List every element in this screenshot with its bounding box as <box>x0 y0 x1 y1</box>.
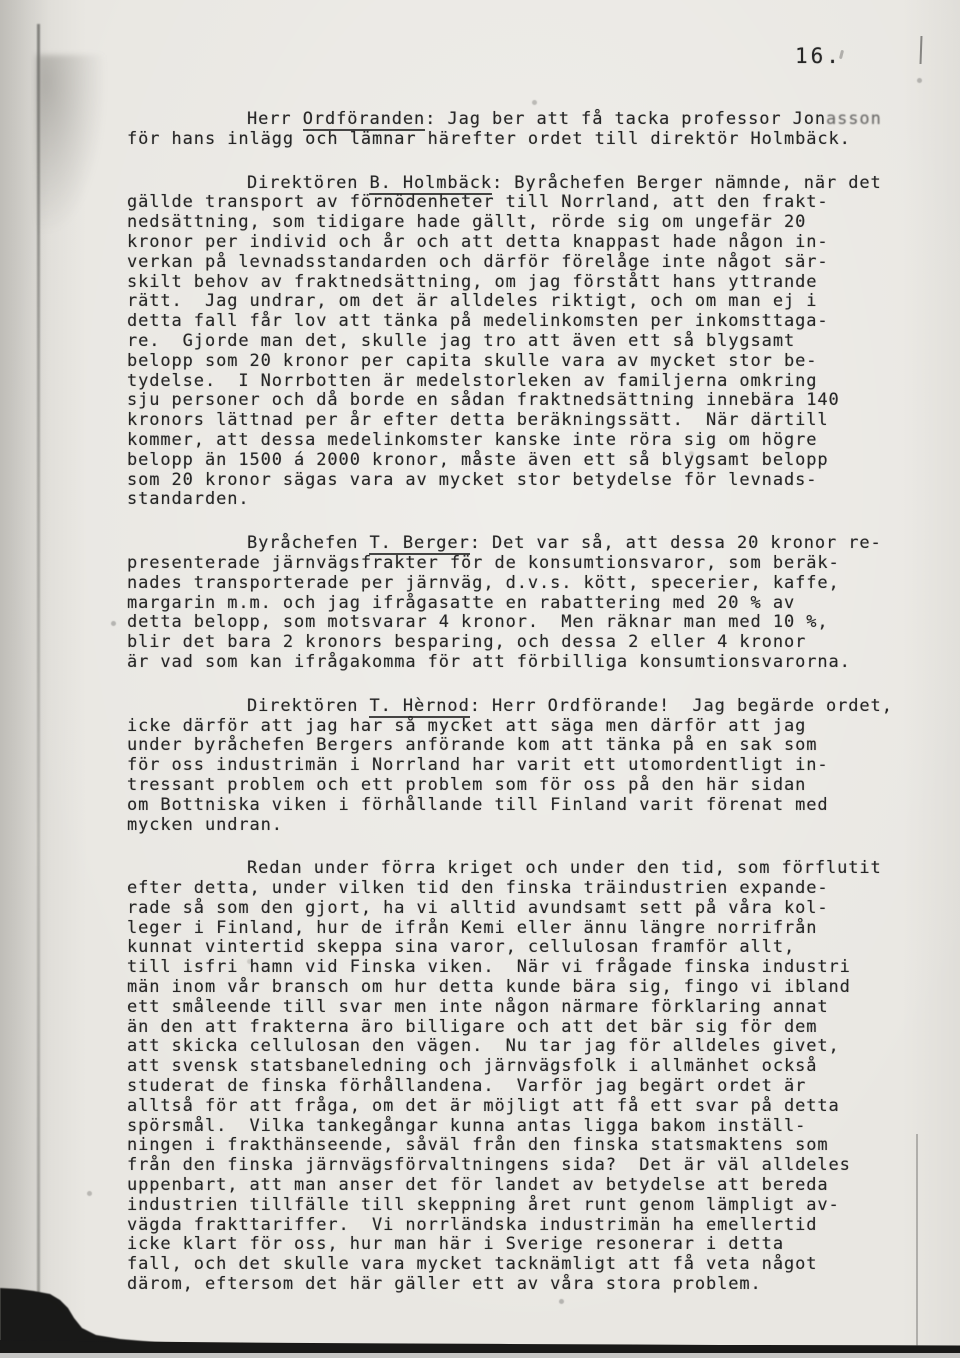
speaker-name: T. Berger <box>369 533 469 555</box>
speech-opening-text: : Herr Ordförande! Jag begärde ordet, <box>470 696 893 716</box>
scan-shadow-line <box>37 24 40 1348</box>
scan-shadow-band <box>0 0 52 1358</box>
speech-opening-line: Direktören B. Holmbäck: Byråchefen Berge… <box>127 174 936 194</box>
speech-text: gällde transport av förnödenheter till N… <box>127 193 936 510</box>
speech-paragraph-berger: Byråchefen T. Berger: Det var så, att de… <box>127 534 936 673</box>
speech-opening-text: Redan under förra kriget och under den t… <box>247 858 882 878</box>
scan-mark-icon <box>839 50 844 59</box>
speaker-prefix: Direktören <box>247 173 369 193</box>
speech-text: efter detta, under vilken tid den finska… <box>127 879 936 1295</box>
speaker-name: Ordföranden <box>303 109 425 131</box>
speech-text: icke därför att jag har så mycket att sä… <box>127 717 936 836</box>
document-body: Herr Ordföranden: Jag ber att få tacka p… <box>127 110 936 1319</box>
page-number: 16. <box>795 44 842 68</box>
speech-paragraph-holmback: Direktören B. Holmbäck: Byråchefen Berge… <box>127 174 936 511</box>
scan-strip-bottom <box>0 1340 960 1353</box>
speech-paragraph-hernod: Direktören T. Hèrnod: Herr Ordförande! J… <box>127 697 936 836</box>
speech-paragraph-ordforanden: Herr Ordföranden: Jag ber att få tacka p… <box>127 110 936 150</box>
document-page: 16. Herr Ordföranden: Jag ber att få tac… <box>0 0 960 1358</box>
speech-opening-text: : Byråchefen Berger nämnde, när det <box>492 173 882 193</box>
scan-crease-right <box>916 1134 918 1346</box>
speaker-name: T. Hèrnod <box>369 696 469 718</box>
speech-faded-text: asson <box>826 109 882 129</box>
speech-text: presenterade järnvägsfrakter för de kons… <box>127 554 936 673</box>
speech-opening-text: : Det var så, att dessa 20 kronor re- <box>470 533 882 553</box>
speech-opening-line: Herr Ordföranden: Jag ber att få tacka p… <box>127 110 936 130</box>
speech-opening-text: : Jag ber att få tacka professor Jon <box>425 109 826 129</box>
speech-text: för hans inlägg och lämnar härefter orde… <box>127 130 936 150</box>
speech-paragraph-hernod-continued: Redan under förra kriget och under den t… <box>127 859 936 1295</box>
speech-opening-line: Byråchefen T. Berger: Det var så, att de… <box>127 534 936 554</box>
scan-shadow-smudge <box>36 55 106 235</box>
speaker-prefix: Direktören <box>247 696 369 716</box>
speech-opening-line: Direktören T. Hèrnod: Herr Ordförande! J… <box>127 697 936 717</box>
scan-tick-icon <box>920 36 923 64</box>
speech-opening-line: Redan under förra kriget och under den t… <box>127 859 936 879</box>
scan-specks <box>0 0 3 3</box>
speaker-prefix: Byråchefen <box>247 533 369 553</box>
speaker-prefix: Herr <box>247 109 303 129</box>
scanner-edge <box>0 1353 960 1358</box>
